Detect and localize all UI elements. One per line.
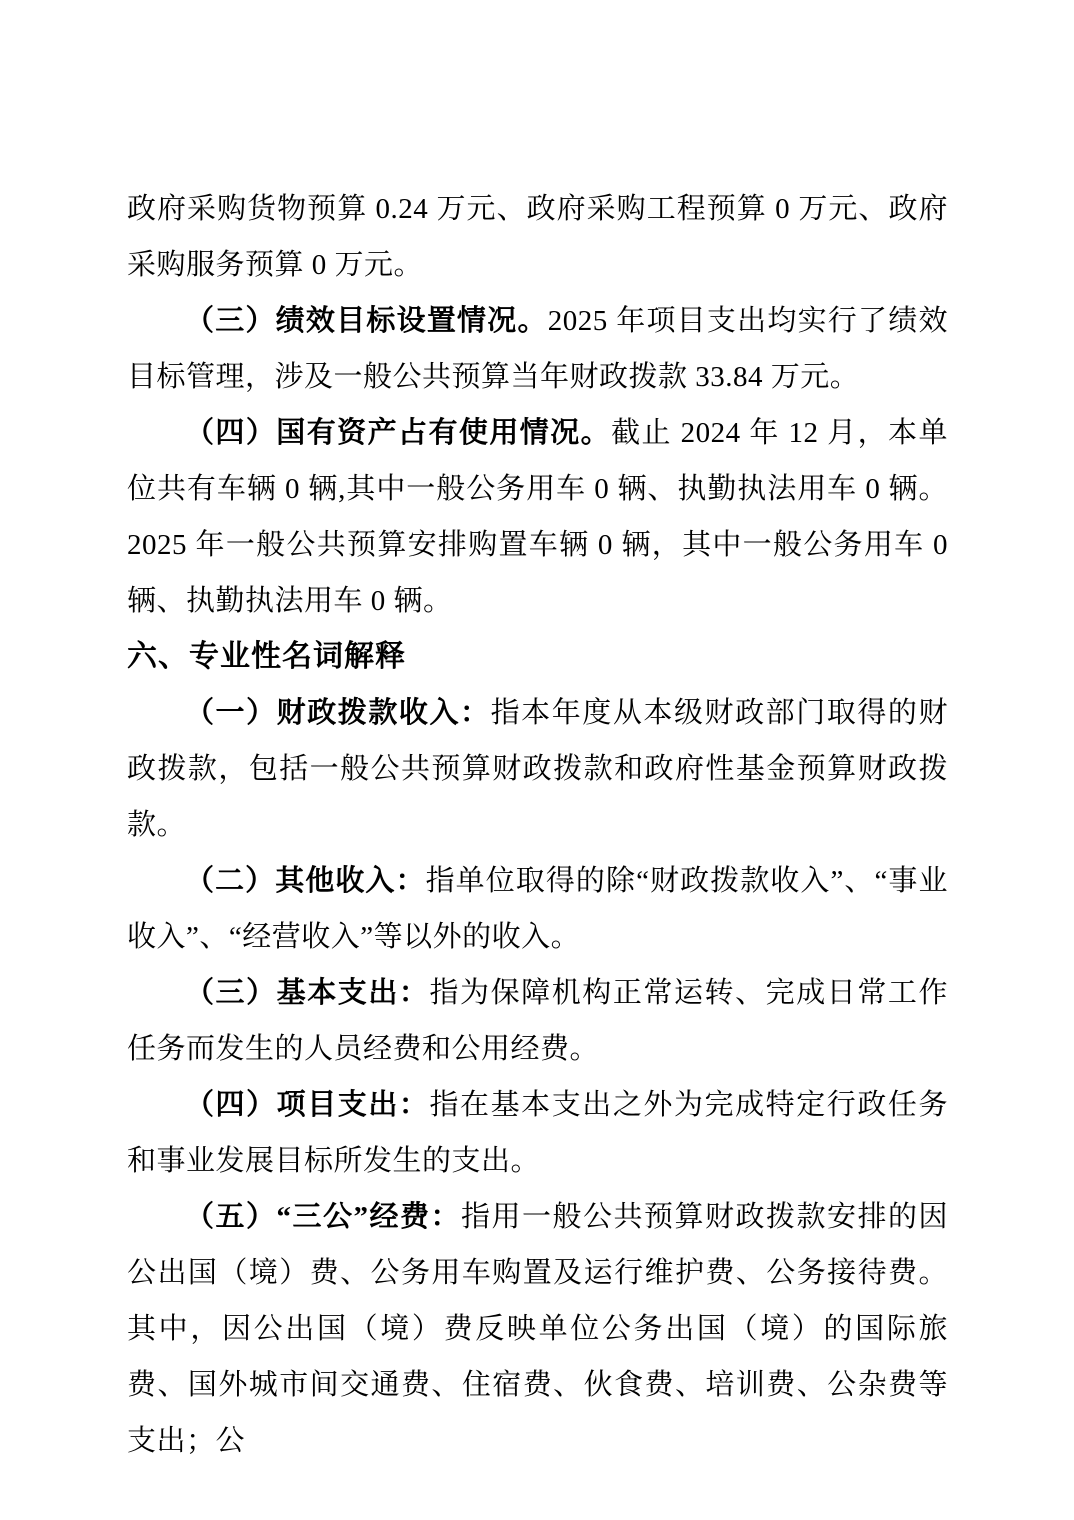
terms-section-heading: 六、专业性名词解释 <box>127 629 948 685</box>
paragraph-lead: （一）财政拨款收入： <box>185 697 491 729</box>
definition-paragraph-basic-expenditure: （三）基本支出：指为保障机构正常运转、完成日常工作任务而发生的人员经费和公用经费… <box>127 965 948 1077</box>
definition-paragraph-project-expenditure: （四）项目支出：指在基本支出之外为完成特定行政任务和事业发展目标所发生的支出。 <box>127 1077 948 1189</box>
paragraph-lead: （三）绩效目标设置情况。 <box>185 305 548 337</box>
paragraph-body: 指用一般公共预算财政拨款安排的因公出国（境）费、公务用车购置及运行维护费、公务接… <box>127 1201 948 1457</box>
paragraph-lead: （四）国有资产占有使用情况。 <box>185 417 611 449</box>
document-page: 政府采购货物预算 0.24 万元、政府采购工程预算 0 万元、政府采购服务预算 … <box>0 0 1074 1520</box>
paragraph-lead: （二）其他收入： <box>185 865 426 897</box>
performance-target-paragraph: （三）绩效目标设置情况。2025 年项目支出均实行了绩效目标管理，涉及一般公共预… <box>127 293 948 405</box>
state-assets-paragraph: （四）国有资产占有使用情况。截止 2024 年 12 月，本单位共有车辆 0 辆… <box>127 405 948 629</box>
definition-paragraph-fiscal-appropriation: （一）财政拨款收入：指本年度从本级财政部门取得的财政拨款，包括一般公共预算财政拨… <box>127 685 948 853</box>
paragraph-lead: （三）基本支出： <box>185 977 430 1009</box>
definition-paragraph-other-income: （二）其他收入：指单位取得的除“财政拨款收入”、“事业收入”、“经营收入”等以外… <box>127 853 948 965</box>
paragraph-text: 政府采购货物预算 0.24 万元、政府采购工程预算 0 万元、政府采购服务预算 … <box>127 193 948 281</box>
paragraph-lead: （四）项目支出： <box>185 1089 430 1121</box>
document-body: 政府采购货物预算 0.24 万元、政府采购工程预算 0 万元、政府采购服务预算 … <box>127 181 948 1469</box>
paragraph-lead: （五）“三公”经费： <box>185 1201 461 1233</box>
procurement-paragraph: 政府采购货物预算 0.24 万元、政府采购工程预算 0 万元、政府采购服务预算 … <box>127 181 948 293</box>
definition-paragraph-three-public-funds: （五）“三公”经费：指用一般公共预算财政拨款安排的因公出国（境）费、公务用车购置… <box>127 1189 948 1469</box>
